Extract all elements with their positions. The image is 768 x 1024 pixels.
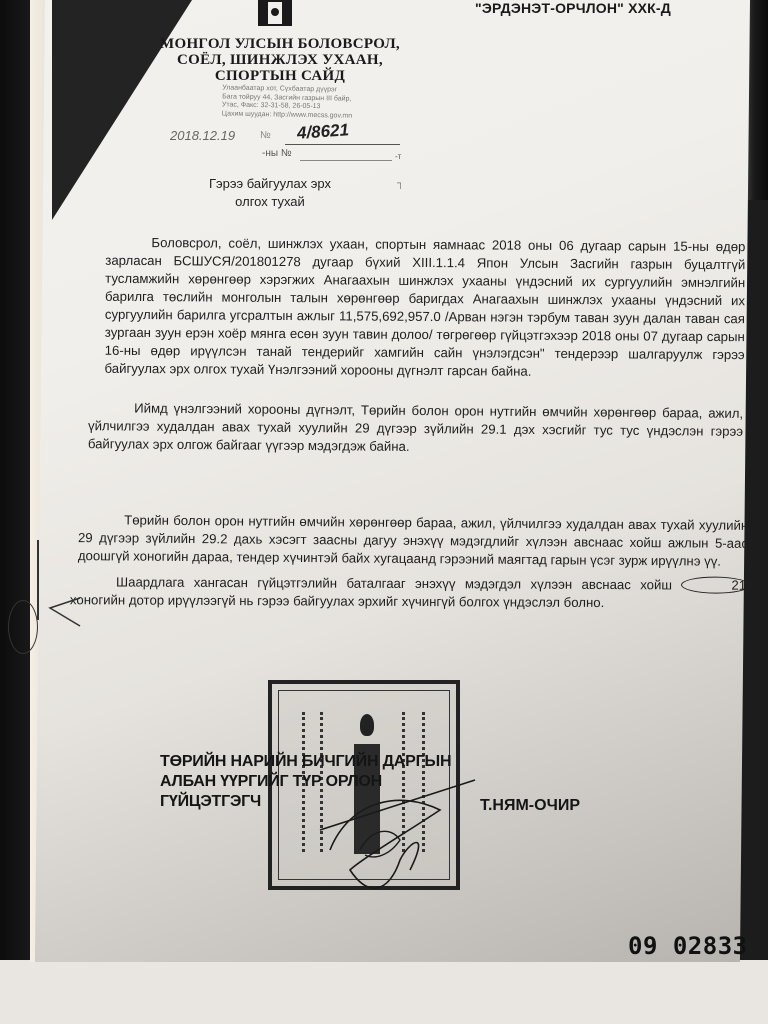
signature-icon <box>290 770 480 900</box>
recipient: "ЭРДЭНЭТ-ОРЧЛОН" ХХК-Д <box>475 0 671 16</box>
signer-name: Т.НЯМ-ОЧИР <box>480 797 580 815</box>
reference-suffix: -т <box>395 152 401 161</box>
letter-number: 4/8621 <box>296 120 349 144</box>
ministry-line-1: МОНГОЛ УЛСЫН БОЛОВСРОЛ, <box>150 36 410 52</box>
handwritten-line <box>37 540 39 620</box>
ministry-line-3: СПОРТЫН САЙД <box>150 68 410 84</box>
circled-days-count: 21 <box>681 576 750 593</box>
number-underline <box>285 144 400 145</box>
number-label: № <box>260 130 271 141</box>
subject-corner-mark: ┐ <box>397 178 404 189</box>
paragraph-1: Боловсрол, соёл, шинжлэх ухаан, спортын … <box>105 234 746 382</box>
subject-line-1: Гэрээ байгуулах эрх <box>170 175 370 193</box>
paragraph-2: Иймд үнэлгээний хорооны дүгнэлт, Төрийн … <box>88 399 743 459</box>
letter-subject: Гэрээ байгуулах эрх олгох тухай <box>170 175 370 211</box>
paragraph-4: Шаардлага хангасан гүйцэтгэлийн баталгаа… <box>70 573 750 613</box>
serial-number: 09 02833 <box>628 932 748 960</box>
reference-underline <box>300 160 392 161</box>
paragraph-4-end: хоногийн дотор ирүүлээгүй нь гэрээ байгу… <box>70 592 604 610</box>
paragraph-4-start: Шаардлага хангасан гүйцэтгэлийн баталгаа… <box>116 574 672 592</box>
soyombo-flame-icon <box>360 714 374 736</box>
ministry-line-2: СОЁЛ, ШИНЖЛЭХ УХААН, <box>150 52 410 68</box>
paragraph-3: Төрийн болон орон нутгийн өмчийн хөрөнгө… <box>78 511 748 571</box>
subject-line-2: олгох тухай <box>170 193 370 211</box>
handwritten-arrow-icon <box>44 580 84 650</box>
ministry-address: Улаанбаатар хот, Сүхбаатар дүүрэг Бага т… <box>222 84 403 121</box>
ministry-header: МОНГОЛ УЛСЫН БОЛОВСРОЛ, СОЁЛ, ШИНЖЛЭХ УХ… <box>150 36 410 84</box>
handwritten-circle-icon <box>8 600 38 654</box>
letter: "ЭРДЭНЭТ-ОРЧЛОН" ХХК-Д МОНГОЛ УЛСЫН БОЛО… <box>0 0 768 1024</box>
state-emblem-icon <box>258 0 292 26</box>
address-line: Цахим шуудан: http://www.mecss.gov.mn <box>222 110 402 122</box>
letter-date: 2018.12.19 <box>170 128 235 143</box>
signer-title-line-1: ТӨРИЙН НАРИЙН БИЧГИЙН ДАРГЫН <box>160 752 451 772</box>
reference-label: -ны № <box>262 148 292 159</box>
